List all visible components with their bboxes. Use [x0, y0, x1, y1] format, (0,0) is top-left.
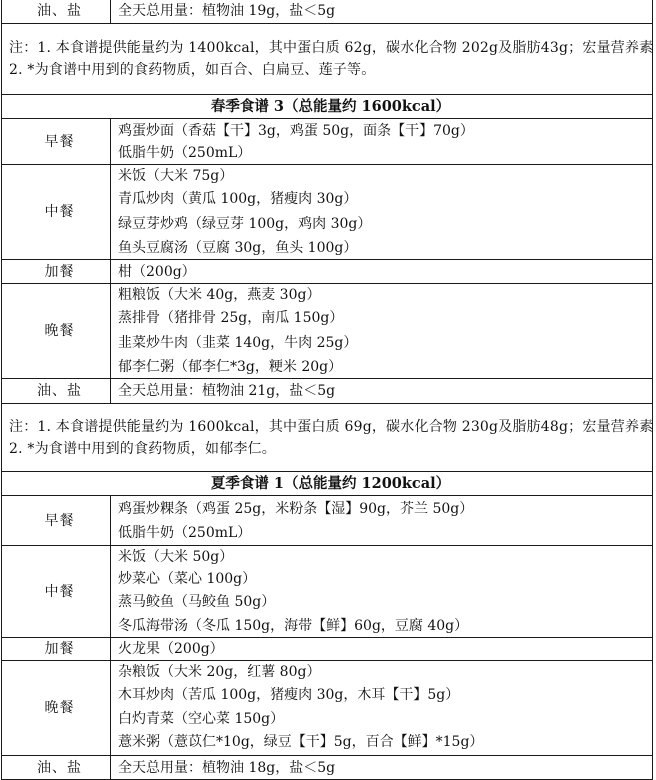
food-item: 郁李仁粥（郁李仁*3g，粳米 20g） — [118, 356, 652, 378]
meal-label: 中餐 — [2, 165, 111, 260]
note-line: 2. *为食谱中用到的食药物质，如郁李仁。 — [9, 438, 652, 460]
food-item: 韭菜炒牛肉（韭菜 140g，牛肉 25g） — [118, 331, 652, 356]
note-line: 注：1. 本食谱提供能量约为 1600kcal，其中蛋白质 69g，碳水化合物 … — [9, 416, 652, 438]
food-item: 全天总用量：植物油 18g，盐＜5g — [118, 757, 652, 774]
food-item: 柑（200g） — [118, 261, 652, 283]
food-item: 白灼青菜（空心菜 150g） — [118, 708, 652, 730]
food-item: 薏米粥（薏苡仁*10g，绿豆【干】5g，百合【鲜】*15g） — [118, 730, 652, 755]
food-item: 全天总用量：植物油 19g，盐＜5g — [118, 0, 652, 22]
meal-label: 晚餐 — [2, 284, 111, 379]
table-row-dinner: 晚餐 粗粮饭（大米 40g，燕麦 30g） 蒸排骨（猪排骨 25g，南瓜 150… — [2, 284, 653, 379]
table-row-notes: 注：1. 本食谱提供能量约为 1600kcal，其中蛋白质 69g，碳水化合物 … — [2, 404, 653, 472]
diet-recipe-table: 油、盐 全天总用量：植物油 19g，盐＜5g 注：1. 本食谱提供能量约为 14… — [1, 0, 653, 773]
food-item: 低脂牛奶（250mL） — [118, 522, 652, 544]
table-row-dinner: 晚餐 杂粮饭（大米 20g，红薯 80g） 木耳炒肉（苦瓜 100g，猪瘦肉 3… — [2, 661, 653, 756]
meal-label: 加餐 — [2, 260, 111, 284]
food-item: 冬瓜海带汤（冬瓜 150g，海带【鲜】60g，豆腐 40g） — [118, 615, 652, 637]
meal-label: 油、盐 — [2, 756, 111, 774]
meal-items: 柑（200g） — [111, 260, 653, 284]
meal-label: 早餐 — [2, 496, 111, 546]
note-line: 注：1. 本食谱提供能量约为 1400kcal，其中蛋白质 62g，碳水化合物 … — [9, 37, 652, 59]
food-item: 鸡蛋炒面（香菇【干】3g，鸡蛋 50g，面条【干】70g） — [118, 120, 652, 142]
food-item: 火龙果（200g） — [118, 638, 652, 660]
food-item: 粗粮饭（大米 40g，燕麦 30g） — [118, 284, 652, 306]
meal-label: 油、盐 — [2, 379, 111, 404]
food-item: 米饭（大米 75g） — [118, 165, 652, 187]
meal-label: 中餐 — [2, 546, 111, 638]
meal-items: 全天总用量：植物油 19g，盐＜5g — [111, 0, 653, 24]
meal-label: 晚餐 — [2, 661, 111, 756]
table-row-breakfast: 早餐 鸡蛋炒粿条（鸡蛋 25g，米粉条【湿】90g，芥兰 50g） 低脂牛奶（2… — [2, 496, 653, 546]
table-row-section-title: 夏季食谱 1（总能量约 1200kcal） — [2, 472, 653, 496]
food-item: 绿豆芽炒鸡（绿豆芽 100g，鸡肉 30g） — [118, 212, 652, 237]
food-item: 杂粮饭（大米 20g，红薯 80g） — [118, 661, 652, 683]
food-item: 青瓜炒肉（黄瓜 100g，猪瘦肉 30g） — [118, 187, 652, 212]
table-row-lunch: 中餐 米饭（大米 50g） 炒菜心（菜心 100g） 蒸马鲛鱼（马鲛鱼 50g）… — [2, 546, 653, 638]
table-row-oil-salt: 油、盐 全天总用量：植物油 19g，盐＜5g — [2, 0, 653, 24]
food-item: 炒菜心（菜心 100g） — [118, 568, 652, 590]
food-item: 全天总用量：植物油 21g，盐＜5g — [118, 380, 652, 402]
food-item: 鸡蛋炒粿条（鸡蛋 25g，米粉条【湿】90g，芥兰 50g） — [118, 497, 652, 522]
meal-items: 火龙果（200g） — [111, 638, 653, 661]
food-item: 低脂牛奶（250mL） — [118, 142, 652, 164]
meal-items: 杂粮饭（大米 20g，红薯 80g） 木耳炒肉（苦瓜 100g，猪瘦肉 30g，… — [111, 661, 653, 756]
table-row-notes: 注：1. 本食谱提供能量约为 1400kcal，其中蛋白质 62g，碳水化合物 … — [2, 24, 653, 95]
food-item: 蒸马鲛鱼（马鲛鱼 50g） — [118, 590, 652, 615]
meal-items: 鸡蛋炒面（香菇【干】3g，鸡蛋 50g，面条【干】70g） 低脂牛奶（250mL… — [111, 119, 653, 165]
meal-items: 全天总用量：植物油 21g，盐＜5g — [111, 379, 653, 404]
meal-items: 粗粮饭（大米 40g，燕麦 30g） 蒸排骨（猪排骨 25g，南瓜 150g） … — [111, 284, 653, 379]
table-row-snack: 加餐 柑（200g） — [2, 260, 653, 284]
table-row-oil-salt: 油、盐 全天总用量：植物油 21g，盐＜5g — [2, 379, 653, 404]
table-row-lunch: 中餐 米饭（大米 75g） 青瓜炒肉（黄瓜 100g，猪瘦肉 30g） 绿豆芽炒… — [2, 165, 653, 260]
recipe-notes: 注：1. 本食谱提供能量约为 1600kcal，其中蛋白质 69g，碳水化合物 … — [2, 404, 653, 472]
meal-label: 加餐 — [2, 638, 111, 661]
note-line: 2. *为食谱中用到的食药物质，如百合、白扁豆、莲子等。 — [9, 59, 652, 81]
meal-items: 米饭（大米 75g） 青瓜炒肉（黄瓜 100g，猪瘦肉 30g） 绿豆芽炒鸡（绿… — [111, 165, 653, 260]
food-item: 鱼头豆腐汤（豆腐 30g，鱼头 100g） — [118, 237, 652, 259]
meal-label: 油、盐 — [2, 0, 111, 24]
table-row-breakfast: 早餐 鸡蛋炒面（香菇【干】3g，鸡蛋 50g，面条【干】70g） 低脂牛奶（25… — [2, 119, 653, 165]
food-item: 蒸排骨（猪排骨 25g，南瓜 150g） — [118, 306, 652, 331]
meal-label: 早餐 — [2, 119, 111, 165]
recipe-notes: 注：1. 本食谱提供能量约为 1400kcal，其中蛋白质 62g，碳水化合物 … — [2, 24, 653, 95]
table-row-oil-salt: 油、盐 全天总用量：植物油 18g，盐＜5g — [2, 756, 653, 774]
food-item: 米饭（大米 50g） — [118, 546, 652, 568]
meal-items: 鸡蛋炒粿条（鸡蛋 25g，米粉条【湿】90g，芥兰 50g） 低脂牛奶（250m… — [111, 496, 653, 546]
section-title: 春季食谱 3（总能量约 1600kcal） — [2, 95, 653, 119]
section-title: 夏季食谱 1（总能量约 1200kcal） — [2, 472, 653, 496]
food-item: 木耳炒肉（苦瓜 100g，猪瘦肉 30g，木耳【干】5g） — [118, 683, 652, 708]
table-row-section-title: 春季食谱 3（总能量约 1600kcal） — [2, 95, 653, 119]
table-row-snack: 加餐 火龙果（200g） — [2, 638, 653, 661]
meal-items: 全天总用量：植物油 18g，盐＜5g — [111, 756, 653, 774]
meal-items: 米饭（大米 50g） 炒菜心（菜心 100g） 蒸马鲛鱼（马鲛鱼 50g） 冬瓜… — [111, 546, 653, 638]
